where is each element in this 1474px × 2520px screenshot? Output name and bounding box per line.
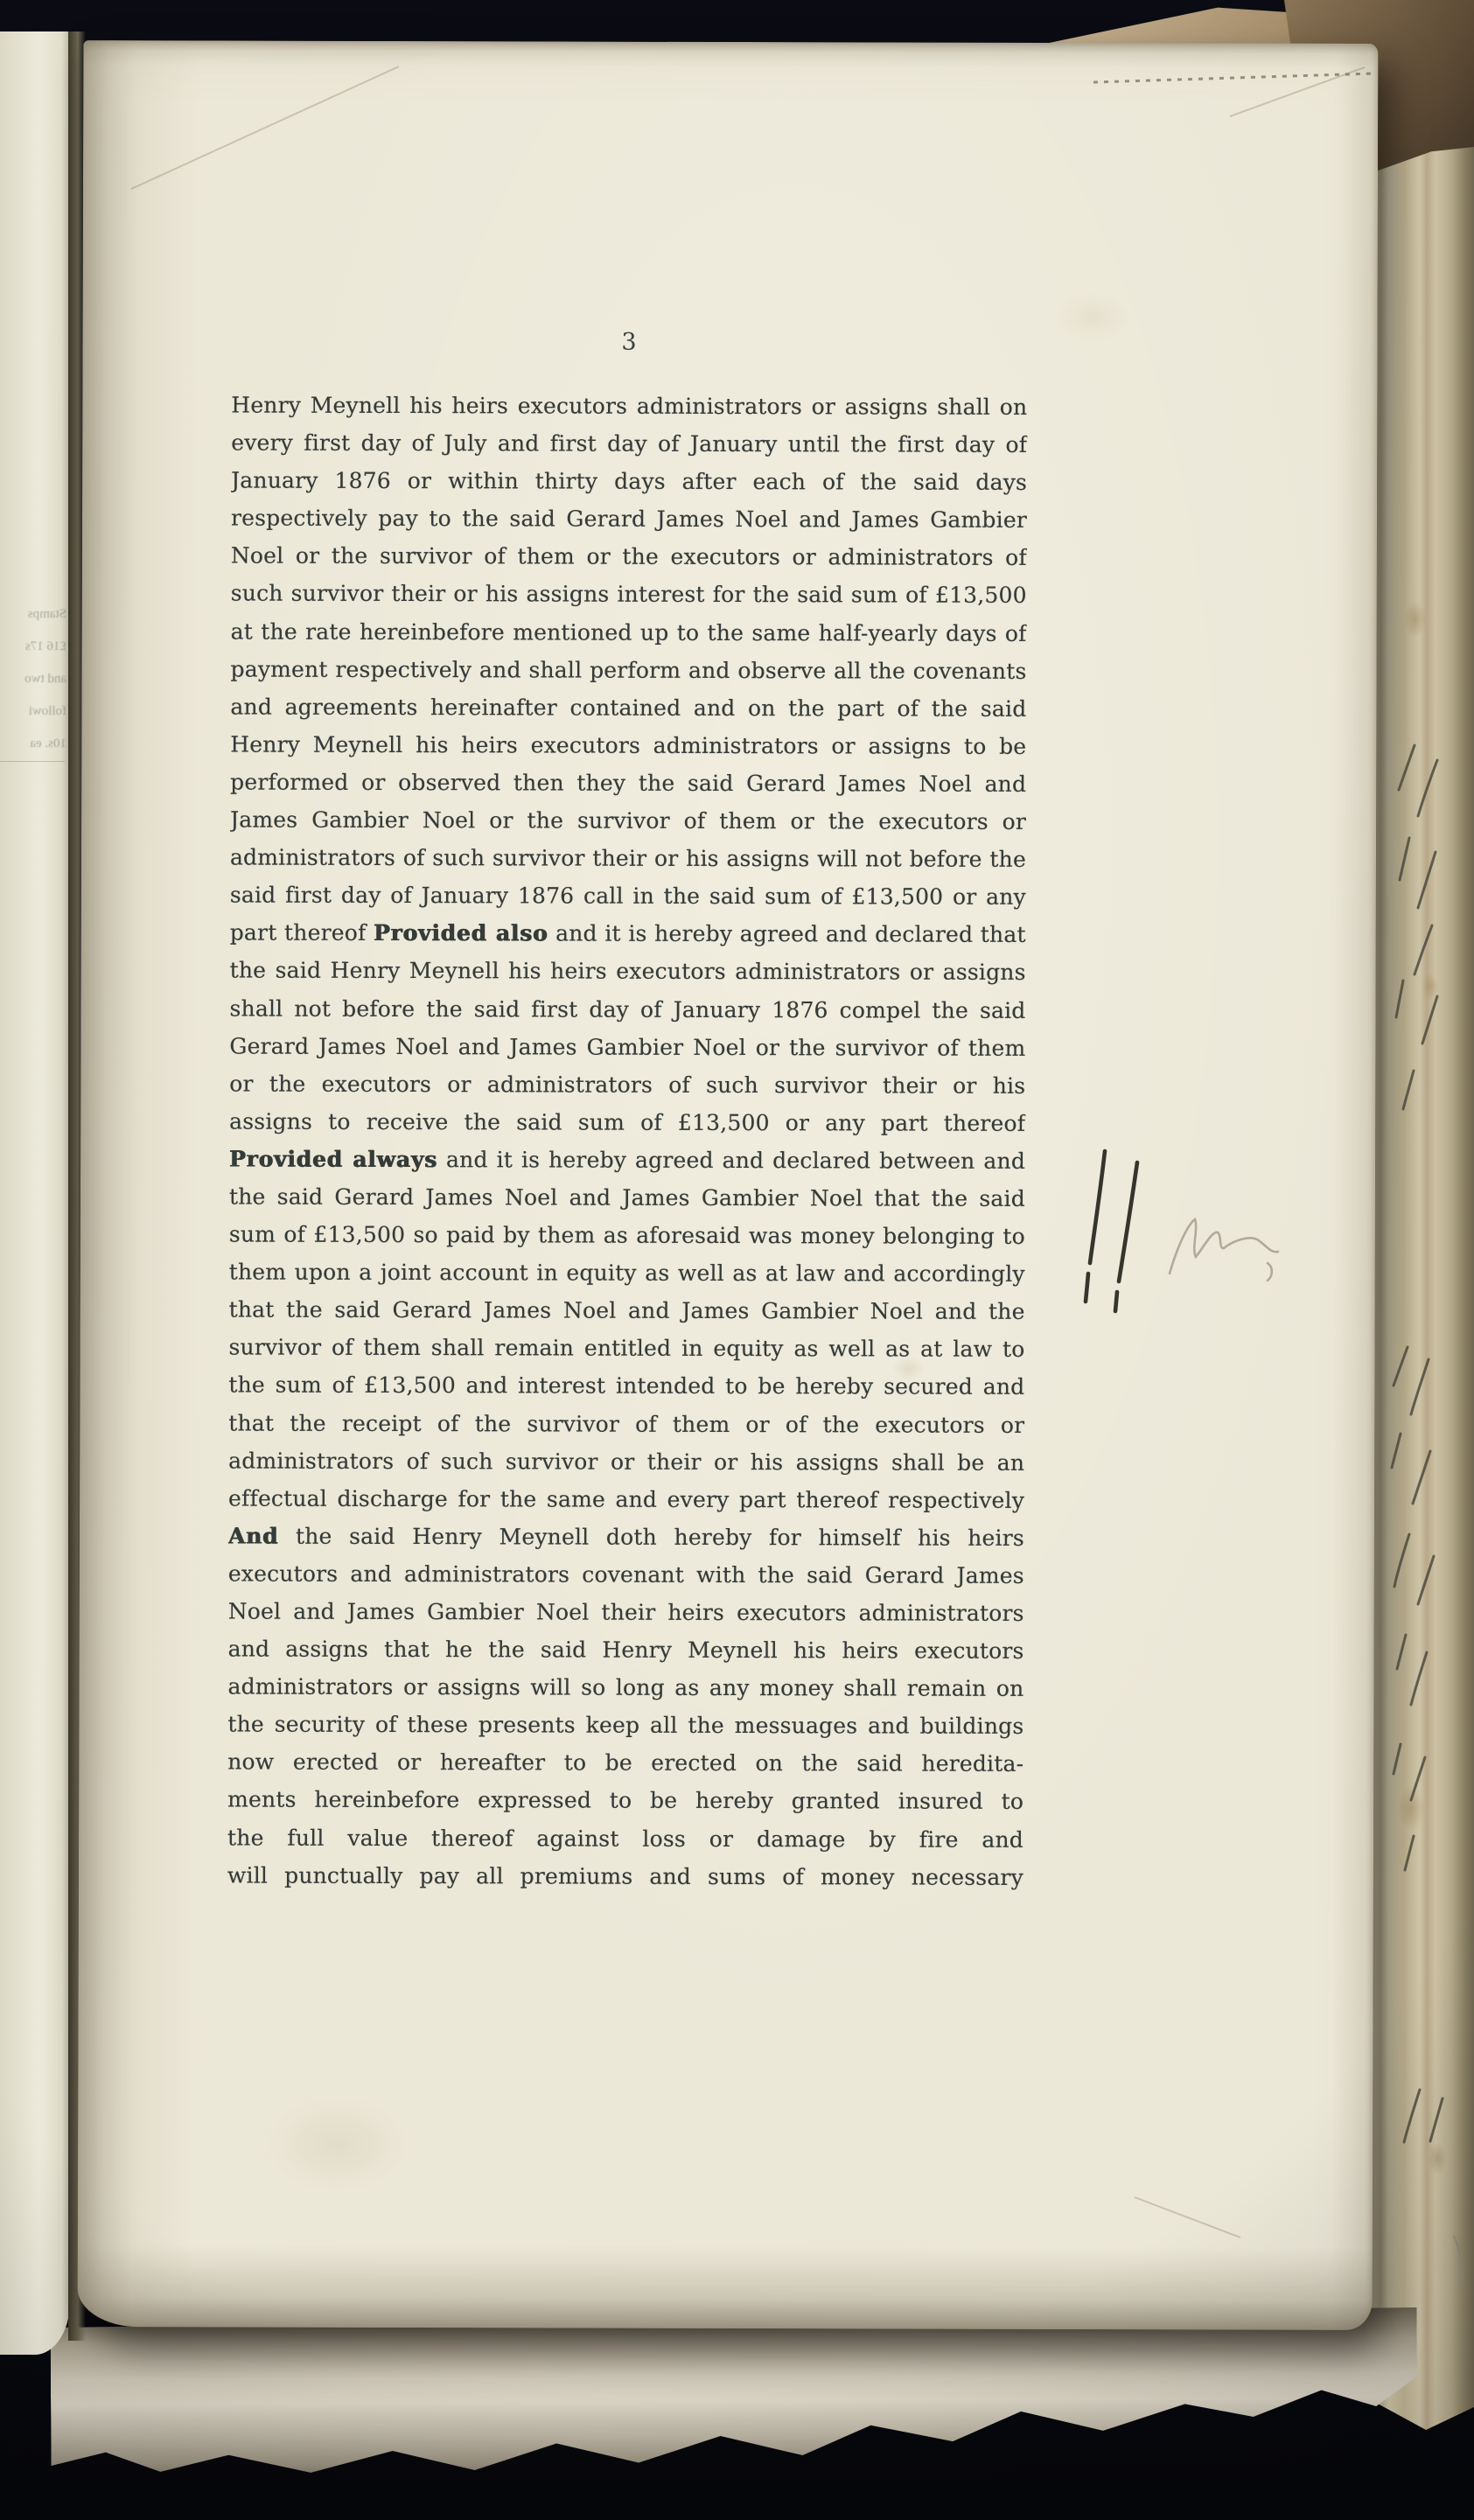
text-line: And the said Henry Meynell doth hereby f… — [228, 1517, 1024, 1556]
showthrough-line: 10s. ea — [2, 728, 66, 760]
previous-page-sliver: Stamps£16 17sand twofollowi10s. ea — [0, 31, 70, 2355]
text-line: the said Henry Meynell his heirs executo… — [230, 952, 1026, 991]
text-line: and assigns that he the said Henry Meyne… — [228, 1630, 1024, 1670]
document-page: 3 Henry Meynell his heirs executors admi… — [78, 40, 1379, 2330]
book-photo: Stamps£16 17sand twofollowi10s. ea 3 Hen… — [0, 0, 1474, 2520]
text-line: sum of £13,500 so paid by them as afores… — [229, 1216, 1025, 1255]
text-line: the security of these presents keep all … — [227, 1706, 1023, 1745]
text-line: administrators of such survivor or their… — [228, 1441, 1024, 1481]
text-line: Noel and James Gambier Noel their heirs … — [228, 1593, 1024, 1632]
text-line: effectual discharge for the same and eve… — [228, 1479, 1024, 1518]
text-line: Henry Meynell his heirs executors admini… — [230, 725, 1026, 764]
text-line: Gerard James Noel and James Gambier Noel… — [229, 1027, 1025, 1066]
text-line: part thereof Provided also and it is her… — [230, 914, 1026, 953]
text-line: said first day of January 1876 call in t… — [230, 876, 1026, 916]
text-line: every first day of July and first day of… — [231, 424, 1027, 464]
text-line: administrators of such survivor their or… — [230, 839, 1026, 878]
text-line: Noel or the survivor of them or the exec… — [231, 537, 1027, 576]
text-line: January 1876 or within thirty days after… — [231, 462, 1027, 501]
showthrough-text: Stamps£16 17sand twofollowi10s. ea — [2, 598, 66, 760]
text-line: will punctually pay all premiums and sum… — [227, 1856, 1023, 1895]
text-line: that the receipt of the survivor of them… — [228, 1404, 1024, 1443]
text-line: Provided always and it is hereby agreed … — [229, 1140, 1025, 1179]
text-line: respectively pay to the said Gerard Jame… — [231, 499, 1027, 539]
showthrough-line: followi — [2, 695, 66, 728]
text-line: the full value thereof against loss or d… — [227, 1818, 1023, 1858]
text-line: payment respectively and shall perform a… — [230, 650, 1026, 689]
fore-edge-page-stack — [1367, 147, 1474, 2430]
text-line: administrators or assigns will so long a… — [227, 1668, 1023, 1707]
text-line: Henry Meynell his heirs executors admini… — [231, 387, 1027, 426]
text-line: ments hereinbefore expressed to be hereb… — [227, 1781, 1023, 1820]
text-line: such survivor their or his assigns inter… — [231, 575, 1027, 614]
showthrough-line: Stamps — [2, 598, 66, 631]
text-line: them upon a joint account in equity as w… — [229, 1253, 1025, 1293]
text-line: that the said Gerard James Noel and Jame… — [229, 1291, 1025, 1330]
text-line: and agreements hereinafter contained and… — [230, 688, 1026, 727]
text-line: or the executors or administrators of su… — [229, 1065, 1025, 1104]
showthrough-rule — [0, 761, 65, 762]
text-line: at the rate hereinbefore mentioned up to… — [231, 612, 1027, 652]
text-line: the sum of £13,500 and interest intended… — [228, 1366, 1024, 1406]
showthrough-line: and two — [2, 663, 66, 695]
text-line: shall not before the said first day of J… — [229, 989, 1025, 1029]
text-line: the said Gerard James Noel and James Gam… — [229, 1177, 1025, 1217]
page-number: 3 — [231, 328, 1027, 357]
showthrough-line: £16 17s — [2, 631, 66, 663]
text-line: assigns to receive the said sum of £13,5… — [229, 1102, 1025, 1141]
text-line: survivor of them shall remain entitled i… — [228, 1329, 1024, 1368]
text-line: James Gambier Noel or the survivor of th… — [230, 801, 1026, 841]
document-body: Henry Meynell his heirs executors admini… — [227, 387, 1028, 1896]
text-line: executors and administrators covenant wi… — [228, 1554, 1024, 1594]
under-page-edges — [51, 2307, 1418, 2479]
text-line: now erected or hereafter to be erected o… — [227, 1743, 1023, 1783]
text-line: performed or observed then they the said… — [230, 763, 1026, 802]
